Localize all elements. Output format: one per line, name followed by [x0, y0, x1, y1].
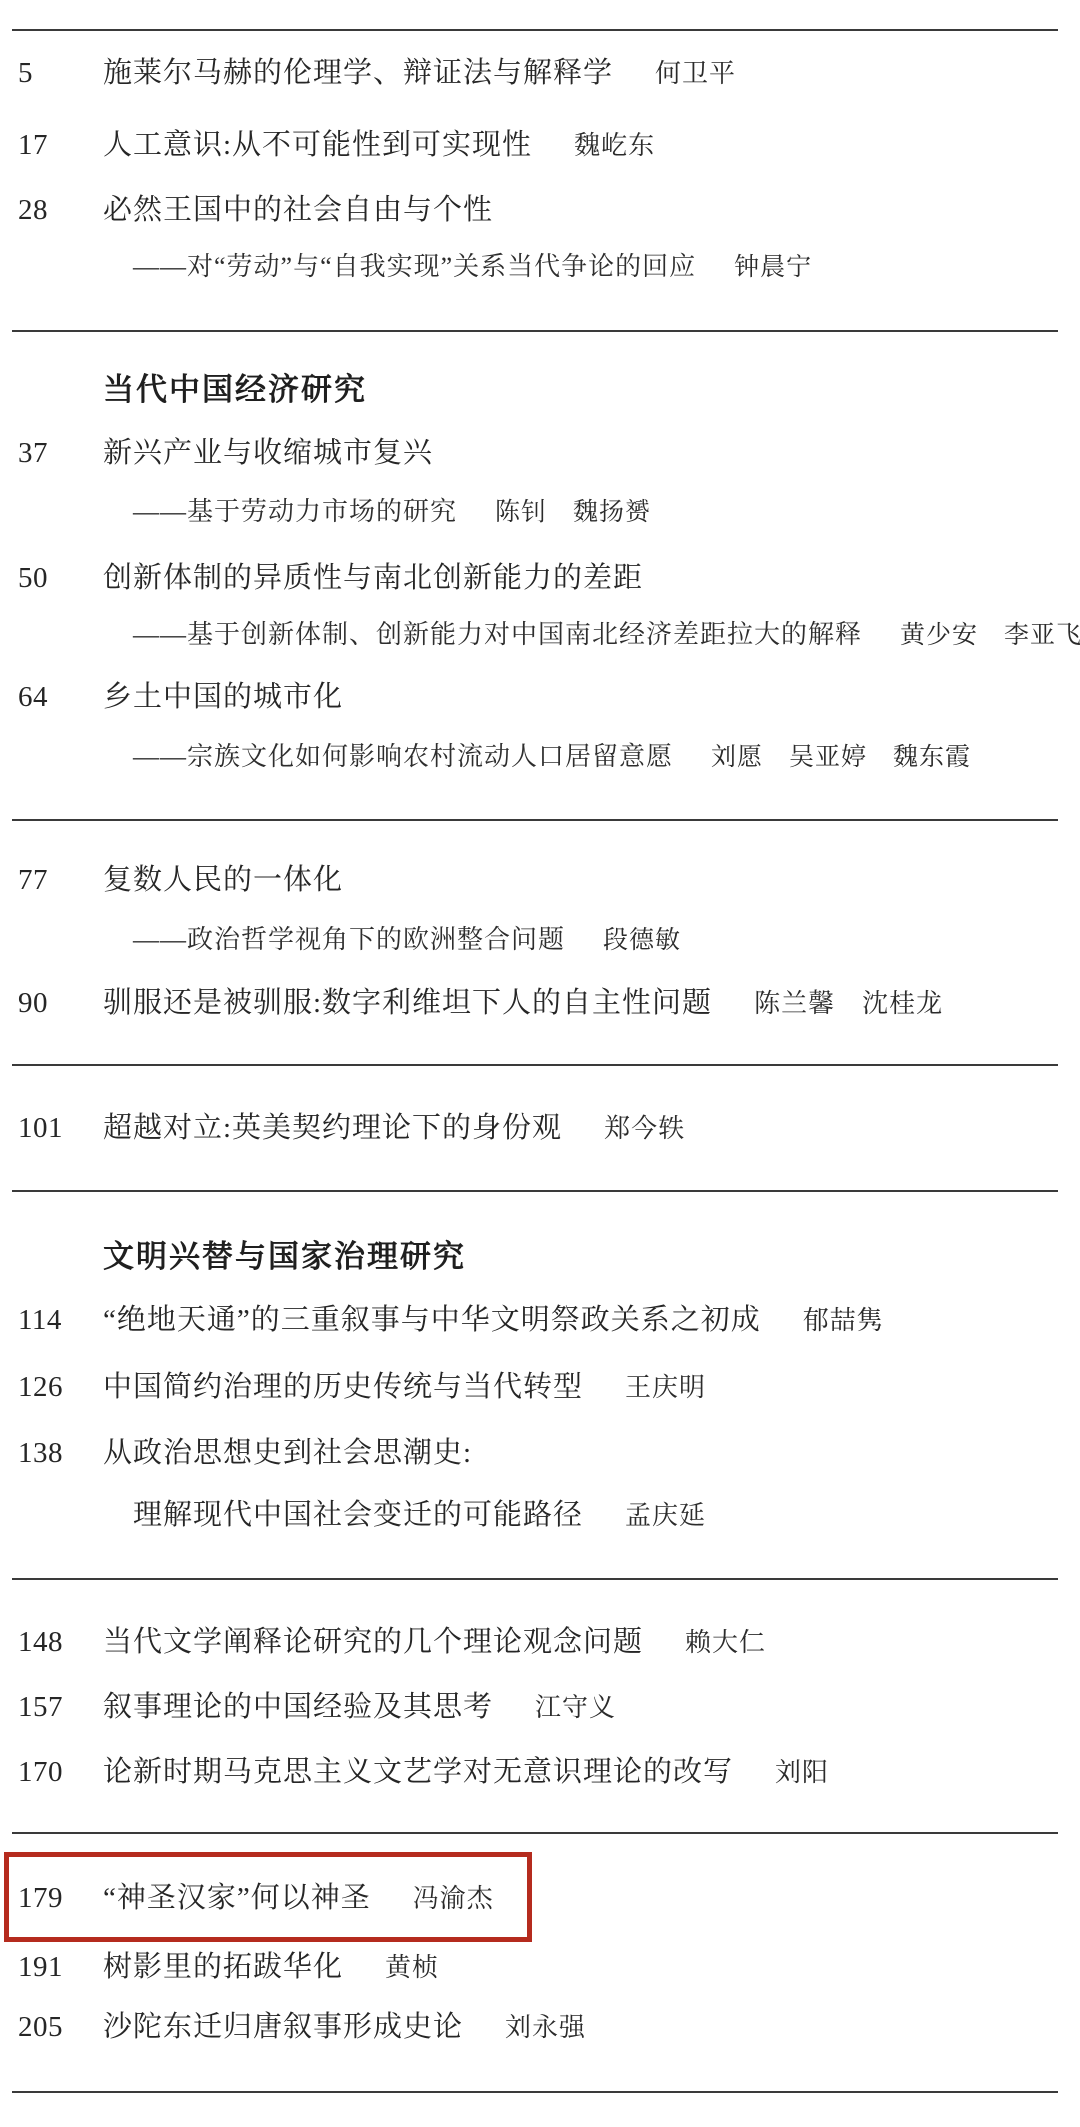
article-authors: 黄少安 李亚飞 [900, 622, 1080, 649]
divider-line [12, 1832, 1058, 1834]
article-authors: 郁喆隽 [803, 1306, 884, 1335]
article-title: 施莱尔马赫的伦理学、辩证法与解释学 [103, 57, 613, 89]
toc-subtitle-row: ——基于创新体制、创新能力对中国南北经济差距拉大的解释黄少安 李亚飞 [0, 620, 1080, 651]
article-subtitle: ——基于劳动力市场的研究 [133, 497, 457, 526]
toc-entry: 170论新时期马克思主义文艺学对无意识理论的改写刘阳 [0, 1755, 1080, 1790]
article-authors: 刘愿 吴亚婷 魏东霞 [711, 744, 971, 771]
article-subtitle: ——对“劳动”与“自我实现”关系当代争论的回应 [133, 252, 696, 281]
toc-entry: 126中国简约治理的历史传统与当代转型王庆明 [0, 1370, 1080, 1405]
article-title: 乡土中国的城市化 [103, 681, 343, 713]
article-title: 复数人民的一体化 [103, 864, 343, 896]
article-authors: 冯渝杰 [413, 1884, 494, 1913]
divider-line [12, 819, 1058, 821]
article-authors: 郑今轶 [604, 1114, 685, 1143]
toc-entry: 50创新体制的异质性与南北创新能力的差距 [0, 561, 1080, 595]
page-number: 5 [18, 56, 33, 90]
page-number: 37 [18, 436, 48, 470]
toc-entry: 114“绝地天通”的三重叙事与中华文明祭政关系之初成郁喆隽 [0, 1303, 1080, 1338]
toc-subtitle-row: ——宗族文化如何影响农村流动人口居留意愿刘愿 吴亚婷 魏东霞 [0, 742, 1080, 773]
article-title: 当代文学阐释论研究的几个理论观念问题 [103, 1626, 643, 1658]
article-title: 中国简约治理的历史传统与当代转型 [103, 1371, 583, 1403]
article-title-continued: 理解现代中国社会变迁的可能路径 [133, 1499, 583, 1531]
toc-entry: 17人工意识:从不可能性到可实现性魏屹东 [0, 128, 1080, 163]
page-number: 179 [18, 1881, 63, 1915]
article-title: 超越对立:英美契约理论下的身份观 [103, 1112, 562, 1144]
page-number: 157 [18, 1690, 63, 1724]
divider-line [12, 2091, 1058, 2093]
page-number: 191 [18, 1950, 63, 1984]
article-subtitle: ——基于创新体制、创新能力对中国南北经济差距拉大的解释 [133, 620, 862, 649]
page-number: 138 [18, 1436, 63, 1470]
divider-line [12, 29, 1058, 31]
toc-entry: 77复数人民的一体化 [0, 863, 1080, 897]
article-authors: 黄桢 [385, 1953, 439, 1982]
toc-subtitle-row: ——对“劳动”与“自我实现”关系当代争论的回应钟晨宁 [0, 252, 1080, 283]
article-authors: 钟晨宁 [734, 254, 812, 281]
article-authors: 赖大仁 [685, 1628, 766, 1657]
page-number: 50 [18, 561, 48, 595]
article-subtitle: ——宗族文化如何影响农村流动人口居留意愿 [133, 742, 673, 771]
toc-entry: 64乡土中国的城市化 [0, 680, 1080, 714]
article-title: 驯服还是被驯服:数字利维坦下人的自主性问题 [103, 987, 712, 1019]
toc-entry-highlighted: 179“神圣汉家”何以神圣冯渝杰 [0, 1881, 1080, 1916]
article-title: “神圣汉家”何以神圣 [103, 1882, 371, 1914]
toc-entry: 148当代文学阐释论研究的几个理论观念问题赖大仁 [0, 1625, 1080, 1660]
article-authors: 王庆明 [625, 1373, 706, 1402]
toc-entry: 5施莱尔马赫的伦理学、辩证法与解释学何卫平 [0, 56, 1080, 91]
page-number: 64 [18, 680, 48, 714]
article-title: 树影里的拓跋华化 [103, 1951, 343, 1983]
divider-line [12, 1578, 1058, 1580]
toc-entry: 138从政治思想史到社会思潮史: [0, 1436, 1080, 1470]
article-authors: 刘永强 [505, 2013, 586, 2042]
page-number: 101 [18, 1111, 63, 1145]
section-heading-text: 当代中国经济研究 [103, 372, 367, 407]
page-number: 170 [18, 1755, 63, 1789]
article-title: “绝地天通”的三重叙事与中华文明祭政关系之初成 [103, 1304, 761, 1336]
toc-subtitle-row: ——基于劳动力市场的研究陈钊 魏扬赟 [0, 497, 1080, 528]
section-heading: 文明兴替与国家治理研究 [0, 1239, 1080, 1275]
toc-entry: 37新兴产业与收缩城市复兴 [0, 436, 1080, 470]
section-heading: 当代中国经济研究 [0, 372, 1080, 408]
article-title: 必然王国中的社会自由与个性 [103, 194, 493, 226]
page-number: 205 [18, 2010, 63, 2044]
page-number: 17 [18, 128, 48, 162]
page-number: 28 [18, 193, 48, 227]
article-title: 新兴产业与收缩城市复兴 [103, 437, 433, 469]
article-title: 沙陀东迁归唐叙事形成史论 [103, 2011, 463, 2043]
page-number: 90 [18, 986, 48, 1020]
article-subtitle: ——政治哲学视角下的欧洲整合问题 [133, 925, 565, 954]
article-authors: 陈钊 魏扬赟 [495, 499, 651, 526]
toc-entry: 101超越对立:英美契约理论下的身份观郑今轶 [0, 1111, 1080, 1146]
toc-entry: 191树影里的拓跋华化黄桢 [0, 1950, 1080, 1985]
toc-entry: 205沙陀东迁归唐叙事形成史论刘永强 [0, 2010, 1080, 2045]
article-title: 叙事理论的中国经验及其思考 [103, 1691, 493, 1723]
toc-entry: 28必然王国中的社会自由与个性 [0, 193, 1080, 227]
article-title: 论新时期马克思主义文艺学对无意识理论的改写 [103, 1756, 733, 1788]
article-authors: 江守义 [535, 1693, 616, 1722]
article-title: 创新体制的异质性与南北创新能力的差距 [103, 562, 643, 594]
toc-entry: 157叙事理论的中国经验及其思考江守义 [0, 1690, 1080, 1725]
article-authors: 何卫平 [655, 59, 736, 88]
page-number: 77 [18, 863, 48, 897]
section-heading-text: 文明兴替与国家治理研究 [103, 1239, 466, 1274]
article-authors: 孟庆延 [625, 1501, 706, 1530]
divider-line [12, 1064, 1058, 1066]
article-authors: 刘阳 [775, 1758, 829, 1787]
article-authors: 陈兰馨 沈桂龙 [754, 989, 943, 1018]
article-authors: 段德敏 [603, 927, 681, 954]
toc-subtitle-row: ——政治哲学视角下的欧洲整合问题段德敏 [0, 925, 1080, 956]
page-number: 126 [18, 1370, 63, 1404]
divider-line [12, 330, 1058, 332]
article-authors: 魏屹东 [574, 131, 655, 160]
toc-title-continuation: 理解现代中国社会变迁的可能路径孟庆延 [0, 1498, 1080, 1533]
toc-entry: 90驯服还是被驯服:数字利维坦下人的自主性问题陈兰馨 沈桂龙 [0, 986, 1080, 1021]
divider-line [12, 1190, 1058, 1192]
page-number: 114 [18, 1303, 62, 1337]
article-title: 人工意识:从不可能性到可实现性 [103, 129, 532, 161]
article-title: 从政治思想史到社会思潮史: [103, 1437, 472, 1469]
toc-page: 5施莱尔马赫的伦理学、辩证法与解释学何卫平 17人工意识:从不可能性到可实现性魏… [0, 0, 1080, 2127]
page-number: 148 [18, 1625, 63, 1659]
